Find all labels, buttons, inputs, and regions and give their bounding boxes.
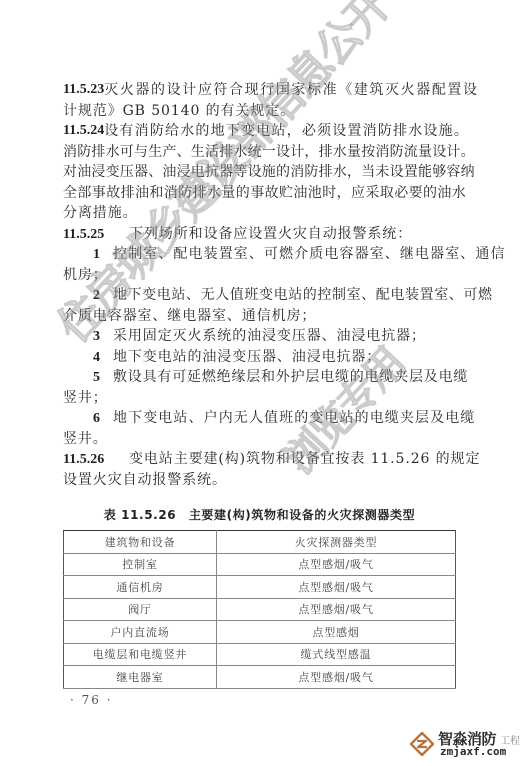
table-row: 阀厅 点型感烟/吸气 <box>64 598 456 621</box>
header-detector-type: 火灾探测器类型 <box>217 531 456 554</box>
clause-11-5-24-line-5: 分离措施。 <box>63 203 138 223</box>
logo-url: zmjaxf.com <box>440 745 506 758</box>
table-caption: 表 11.5.26 主要建(构)筑物和设备的火灾探测器类型 <box>63 505 456 525</box>
table-row: 继电器室 点型感烟/吸气 <box>64 666 456 689</box>
detector-type-table: 建筑物和设备 火灾探测器类型 控制室 点型感烟/吸气 通信机房 点型感烟/吸气 … <box>63 530 456 689</box>
item-1-line-1: 1控制室、配电装置室、可燃介质电容器室、继电器室、通信 <box>93 244 506 264</box>
clause-11-5-23-line-2: 计规范》GB 50140 的有关规定。 <box>63 101 295 121</box>
item-2-line-2: 介质电容器室、继电器室、通信机房； <box>63 306 316 326</box>
item-4: 4地下变电站的油浸变压器、油浸电抗器； <box>93 347 381 367</box>
clause-11-5-26-line-2: 设置火灾自动报警系统。 <box>63 470 227 490</box>
site-logo: 智淼消防 工程 zmjaxf.com <box>410 728 528 760</box>
item-3: 3采用固定灭火系统的油浸变压器、油浸电抗器； <box>93 326 426 346</box>
clause-11-5-24-line-3: 对油浸变压器、油浸电抗器等设施的消防排水，当未设置能够容纳 <box>63 162 475 182</box>
clause-number: 11.5.26 <box>63 450 129 470</box>
item-6-line-1: 6地下变电站、户内无人值班的变电站的电缆夹层及电缆 <box>93 408 475 428</box>
item-6-line-2: 竖井。 <box>63 429 108 449</box>
diamond-z-logo-icon <box>410 732 434 756</box>
table-row: 电缆层和电缆竖井 缆式线型感温 <box>64 643 456 666</box>
clause-number: 11.5.23 <box>63 80 104 100</box>
header-building-equipment: 建筑物和设备 <box>64 531 217 554</box>
table-row: 控制室 点型感烟/吸气 <box>64 553 456 576</box>
table-header-row: 建筑物和设备 火灾探测器类型 <box>64 531 456 554</box>
clause-11-5-24-line-2: 消防排水可与生产、生活排水统一设计，排水量按消防流量设计。 <box>63 142 475 162</box>
clause-number: 11.5.25 <box>63 225 129 245</box>
table-row: 通信机房 点型感烟/吸气 <box>64 576 456 599</box>
item-5-line-2: 竖井； <box>63 388 108 408</box>
item-1-line-2: 机房； <box>63 265 108 285</box>
clause-number: 11.5.24 <box>63 121 104 141</box>
clause-11-5-26-line-1: 11.5.26变电站主要建(构)筑物和设备宜按表 11.5.26 的规定 <box>63 449 480 469</box>
clause-11-5-24-line-1: 11.5.24 设有消防给水的地下变电站，必须设置消防排水设施。 <box>63 121 456 141</box>
clause-11-5-25-line-1: 11.5.25下列场所和设备应设置火灾自动报警系统： <box>63 224 412 244</box>
clause-11-5-24-line-4: 全部事故排油和消防排水量的事故贮油池时，应采取必要的油水 <box>63 183 466 203</box>
clause-11-5-23-line-1: 11.5.23 灭火器的设计应符合现行国家标准《建筑灭火器配置设 <box>63 80 456 100</box>
table-row: 户内直流场 点型感烟 <box>64 621 456 644</box>
item-5-line-1: 5敷设具有可延燃绝缘层和外护层电缆的电缆夹层及电缆 <box>93 367 468 387</box>
page-number: · 76 · <box>70 693 113 707</box>
item-2-line-1: 2地下变电站、无人值班变电站的控制室、配电装置室、可燃 <box>93 285 493 305</box>
